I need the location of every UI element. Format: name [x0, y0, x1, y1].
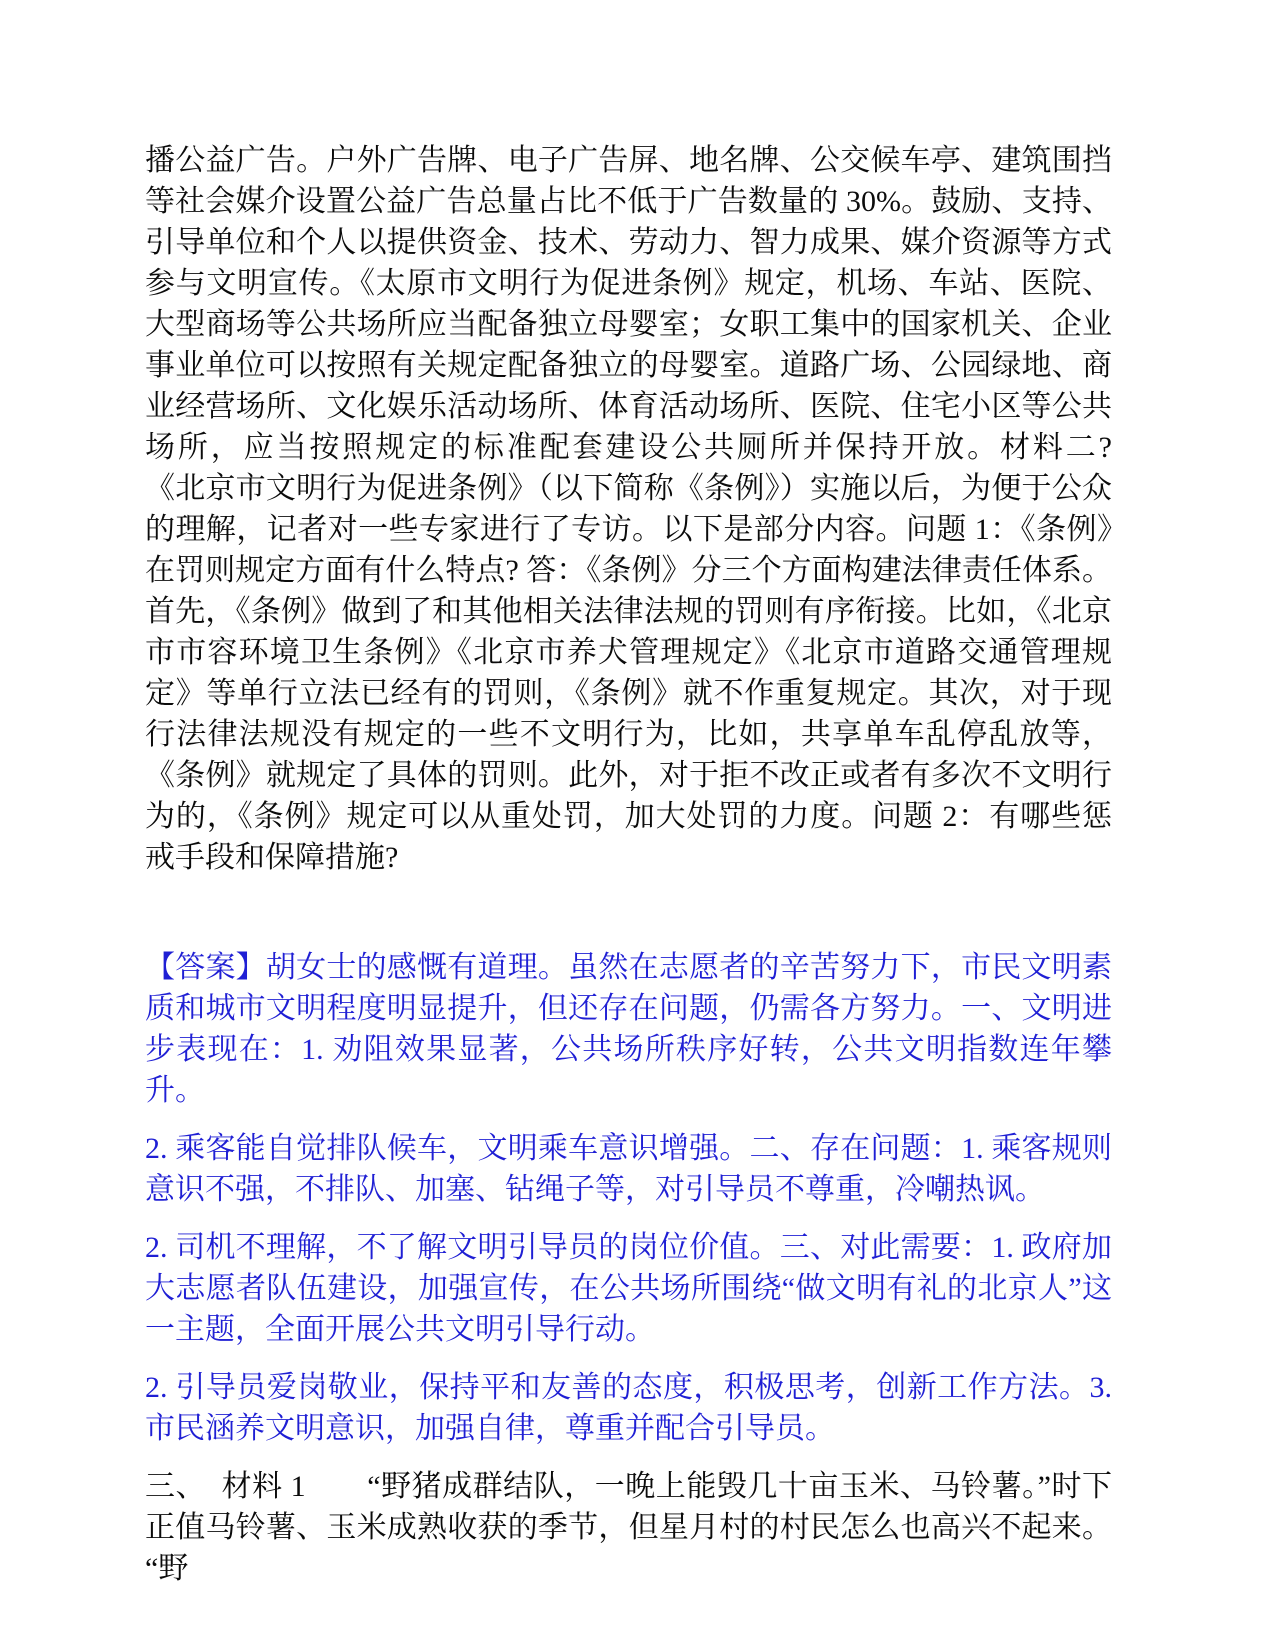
material-3-intro-paragraph: 三、 材料 1 “野猪成群结队，一晚上能毁几十亩玉米、马铃薯。”时下正值马铃薯、…	[145, 1466, 1112, 1589]
answer-paragraph-1: 【答案】胡女士的感慨有道理。虽然在志愿者的辛苦努力下，市民文明素质和城市文明程度…	[145, 947, 1112, 1111]
document-page: 播公益广告。户外广告牌、电子广告屏、地名牌、公交候车亭、建筑围挡等社会媒介设置公…	[0, 0, 1275, 1650]
answer-block: 【答案】胡女士的感慨有道理。虽然在志愿者的辛苦努力下，市民文明素质和城市文明程度…	[145, 947, 1112, 1449]
answer-paragraph-2: 2. 乘客能自觉排队候车，文明乘车意识增强。二、存在问题：1. 乘客规则意识不强…	[145, 1128, 1112, 1210]
material-2-body-paragraph: 播公益广告。户外广告牌、电子广告屏、地名牌、公交候车亭、建筑围挡等社会媒介设置公…	[145, 140, 1112, 878]
answer-paragraph-3: 2. 司机不理解，不了解文明引导员的岗位价值。三、对此需要：1. 政府加大志愿者…	[145, 1227, 1112, 1350]
answer-paragraph-4: 2. 引导员爱岗敬业，保持平和友善的态度，积极思考，创新工作方法。3. 市民涵养…	[145, 1367, 1112, 1449]
